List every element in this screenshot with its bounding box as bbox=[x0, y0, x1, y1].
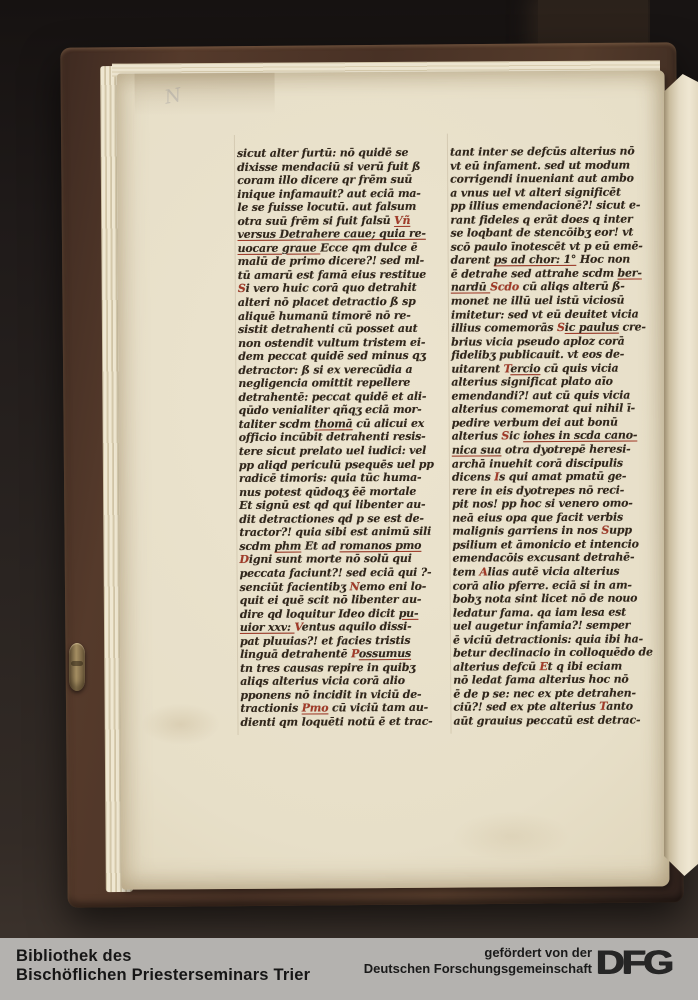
manuscript-text-run: emendandi?! aut cū quis vicia bbox=[451, 388, 630, 402]
manuscript-text-run: alterius defcū bbox=[453, 660, 539, 674]
manuscript-line: linguā detrahentē Possumus bbox=[240, 647, 458, 662]
manuscript-text-run: lias autē vicia alterius bbox=[488, 565, 620, 579]
manuscript-line: malignis garriens in nos Supp bbox=[452, 524, 670, 539]
manuscript-line: taliter scdm thomā cū alicui ex bbox=[239, 417, 457, 432]
manuscript-line: se loqbant de stencōibʒ eor! vt bbox=[450, 226, 668, 241]
manuscript-text-run: sicut alter furtū: nō quidē se bbox=[237, 146, 408, 160]
manuscript-line: detrahentē: peccat quidē et ali- bbox=[238, 389, 456, 404]
manuscript-text-run: otra dyotrepē heresi- bbox=[501, 443, 630, 457]
manuscript-text-run: tū amarū est famā eius restitue bbox=[238, 268, 426, 282]
manuscript-line: nica sua otra dyotrepē heresi- bbox=[452, 442, 670, 457]
manuscript-line: bobʒ nota sint licet nō de nouo bbox=[453, 591, 671, 606]
manuscript-line: brius vicia pseudo aploz corā bbox=[451, 334, 669, 349]
manuscript-line: tem Alias autē vicia alterius bbox=[453, 564, 671, 579]
manuscript-text-run: uel augetur infamia?! semper bbox=[453, 619, 630, 633]
manuscript-text-run: ic paulus bbox=[565, 321, 619, 334]
manuscript-line: darent ps ad chor: 1° Hoc non bbox=[451, 253, 669, 268]
manuscript-line: monet ne illū uel istū viciosū bbox=[451, 293, 669, 308]
manuscript-line: a vnus uel vt alteri significēt bbox=[450, 185, 668, 200]
manuscript-text-run: dire qd loquitur Ideo dicit bbox=[240, 607, 399, 621]
manuscript-line: pedire verbum dei aut bonū bbox=[452, 415, 670, 430]
manuscript-text-run: nica sua bbox=[452, 443, 502, 456]
manuscript-line: ē viciū detractionis: quia ibi ha- bbox=[453, 632, 671, 647]
manuscript-line: coram illo dicere qr frēm suū bbox=[237, 173, 455, 188]
manuscript-text-run: N bbox=[350, 580, 360, 593]
manuscript-line: dit detractiones qd p se est de- bbox=[239, 511, 457, 526]
manuscript-text-run: pedire verbum dei aut bonū bbox=[452, 416, 618, 430]
manuscript-text-run: ē viciū detractionis: quia ibi ha- bbox=[453, 632, 643, 646]
manuscript-line: scdm phm Et ad romanos pmo bbox=[239, 538, 457, 553]
manuscript-line: illius comemorās Sic paulus cre- bbox=[451, 320, 669, 335]
manuscript-text-run: corā alio pferre. eciā si in am- bbox=[453, 578, 632, 592]
manuscript-text-run: cū viciū tam au- bbox=[328, 701, 428, 715]
manuscript-line: ē detrahe sed attrahe scdm ber- bbox=[451, 266, 669, 281]
manuscript-line: officio incūbit detrahenti resis- bbox=[239, 430, 457, 445]
manuscript-text-run: ē de p se: nec ex pte detrahen- bbox=[453, 686, 636, 700]
manuscript-text-run: uitarent bbox=[451, 362, 503, 375]
manuscript-line: tant inter se defcūs alterius nō bbox=[450, 144, 668, 159]
manuscript-text-run: Hoc non bbox=[576, 253, 630, 266]
manuscript-text-run: Vñ bbox=[394, 214, 410, 227]
manuscript-text-run: pponens nō incidit in viciū de- bbox=[240, 688, 421, 702]
manuscript-line: archā inuehit corā discipulis bbox=[452, 456, 670, 471]
manuscript-text-run: tractionis bbox=[240, 702, 301, 715]
manuscript-text-run: S bbox=[238, 282, 246, 295]
library-credit: Bibliothek des Bischöflichen Priestersem… bbox=[16, 947, 310, 984]
parchment-stain bbox=[451, 811, 571, 862]
manuscript-text-run: romanos pmo bbox=[340, 539, 422, 552]
manuscript-line: Et signū est qd qui libenter au- bbox=[239, 498, 457, 513]
manuscript-line: peccata faciunt?! sed eciā qui ?- bbox=[240, 566, 458, 581]
manuscript-line: uocare graue Ecce qm dulce ē bbox=[238, 240, 456, 255]
manuscript-text-run: cū aliqs alterū ß- bbox=[519, 280, 625, 294]
manuscript-line: le se fuisse locutū. aut falsum bbox=[237, 200, 455, 215]
manuscript-text-run: anto bbox=[606, 700, 633, 713]
funding-credit: gefördert von der Deutschen Forschungsge… bbox=[364, 945, 592, 976]
manuscript-text-run: le se fuisse locutū. aut falsum bbox=[237, 200, 416, 214]
manuscript-text-run: pp aliqd periculū psequēs uel pp bbox=[239, 457, 434, 471]
manuscript-text-run: pat pluuias?! et facies tristis bbox=[240, 634, 410, 648]
manuscript-text-run: dicens bbox=[452, 471, 494, 484]
manuscript-text-run: emendacōis excusant detrahē- bbox=[452, 551, 634, 565]
manuscript-photo: N sicut alter furtū: nō quidē sedixisse … bbox=[0, 0, 698, 1000]
manuscript-line: aliquē humanū timorē nō re- bbox=[238, 308, 456, 323]
manuscript-text-run: dienti qm loquēti notū ē et trac- bbox=[240, 715, 432, 729]
manuscript-line: psilium et āmonicio et intencio bbox=[452, 537, 670, 552]
manuscript-text-run: Et signū est qd qui libenter au- bbox=[239, 498, 425, 512]
manuscript-text-run: A bbox=[479, 565, 487, 578]
manuscript-line: tractionis Pmo cū viciū tam au- bbox=[240, 701, 458, 716]
manuscript-line: qūdo venialiter qñqʒ eciā mor- bbox=[239, 403, 457, 418]
manuscript-line: dire qd loquitur Ideo dicit pu- bbox=[240, 606, 458, 621]
manuscript-line: dienti qm loquēti notū ē et trac- bbox=[240, 715, 458, 730]
manuscript-text-run: corrigendi inueniant aut ambo bbox=[450, 172, 634, 186]
manuscript-text-run: detrahentē: peccat quidē et ali- bbox=[238, 390, 426, 404]
manuscript-line: tn tres causas repire in quibʒ bbox=[240, 660, 458, 675]
manuscript-text-run: thomā bbox=[314, 417, 352, 430]
manuscript-text-run: scō paulo īnotescēt vt p eū emē- bbox=[451, 239, 643, 253]
manuscript-text-run: inique infamauit? aut eciā ma- bbox=[237, 186, 420, 200]
dfg-logo: DFG bbox=[596, 946, 671, 979]
manuscript-text-run: officio incūbit detrahenti resis- bbox=[239, 430, 426, 444]
manuscript-line: sicut alter furtū: nō quidē se bbox=[237, 146, 455, 161]
manuscript-line: aliqs alterius vicia corā alio bbox=[240, 674, 458, 689]
manuscript-text-run: senciūt facientibʒ bbox=[240, 580, 350, 594]
manuscript-line: dicens Is qui amat pmatū ge- bbox=[452, 469, 670, 484]
manuscript-line: radicē timoris: quia tūc huma- bbox=[239, 471, 457, 486]
manuscript-text-run: imitetur: sed vt eū deuitet vicia bbox=[451, 307, 639, 321]
manuscript-text-run: rere in eis dyotrepes nō reci- bbox=[452, 483, 624, 497]
manuscript-text-run: Scdo bbox=[490, 281, 519, 294]
manuscript-text-run: bobʒ nota sint licet nō de nouo bbox=[453, 592, 638, 606]
manuscript-line: malū de primo dicere?! sed ml- bbox=[238, 254, 456, 269]
manuscript-text-run: Et ad bbox=[301, 539, 339, 552]
manuscript-text-run: tractor?! quia sibi est animū sili bbox=[239, 525, 431, 539]
manuscript-text-run: radicē timoris: quia tūc huma- bbox=[239, 471, 421, 485]
manuscript-line: Si vero huic corā quo detrahit bbox=[238, 281, 456, 296]
manuscript-text-run: illius comemorās bbox=[451, 321, 557, 335]
manuscript-text-run: se loqbant de stencōibʒ eor! vt bbox=[450, 226, 633, 240]
manuscript-text-run: aūt grauius peccatū est detrac- bbox=[453, 713, 640, 727]
manuscript-line: pp illius emendacionē?! sicut e- bbox=[450, 199, 668, 214]
manuscript-text-run: ossumus bbox=[359, 647, 411, 660]
manuscript-line: betur declinacio in colloquēdo de bbox=[453, 646, 671, 661]
manuscript-text-run: nus potest qūdoqʒ ēē mortale bbox=[239, 485, 416, 499]
manuscript-line: pp aliqd periculū psequēs uel pp bbox=[239, 457, 457, 472]
funding-credit-line2: Deutschen Forschungsgemeinschaft bbox=[364, 961, 592, 977]
manuscript-line: pat pluuias?! et facies tristis bbox=[240, 633, 458, 648]
parchment-stain bbox=[140, 703, 220, 745]
manuscript-line: alterius defcū Et q ibi eciam bbox=[453, 659, 671, 674]
manuscript-line: uitarent Tercio cū quis vicia bbox=[451, 361, 669, 376]
book-clasp bbox=[69, 643, 85, 691]
manuscript-text-run: ē detrahe sed attrahe scdm bbox=[451, 267, 618, 281]
manuscript-text-run: tere sicut prelato uel iudici: vel bbox=[239, 444, 426, 458]
manuscript-line: vt eū infament. sed ut modum bbox=[450, 158, 668, 173]
manuscript-line: emendacōis excusant detrahē- bbox=[452, 551, 670, 566]
manuscript-line: alteri nō placet detractio ß sp bbox=[238, 295, 456, 310]
manuscript-line: detractor: ß si ex verecūdia a bbox=[238, 362, 456, 377]
manuscript-text-run: emo eni lo- bbox=[359, 579, 426, 592]
manuscript-line: non ostendit vultum tristem ei- bbox=[238, 335, 456, 350]
manuscript-text-run: t q ibi eciam bbox=[548, 659, 622, 672]
parchment-stain bbox=[135, 73, 275, 116]
manuscript-text-run: igni sunt morte nō solū qui bbox=[249, 552, 412, 566]
manuscript-text-run: P bbox=[351, 647, 359, 660]
manuscript-text-run: scdm bbox=[239, 540, 274, 553]
folio-mark: N bbox=[163, 84, 183, 109]
manuscript-line: alterius significat plato aīo bbox=[451, 375, 669, 390]
manuscript-line: versus Detrahere caue; quia re- bbox=[237, 227, 455, 242]
manuscript-text-run: tem bbox=[453, 565, 480, 578]
manuscript-text-run: phm bbox=[274, 539, 301, 552]
manuscript-text-run: alterius bbox=[452, 430, 502, 443]
manuscript-text-run: archā inuehit corā discipulis bbox=[452, 456, 623, 470]
manuscript-line: uior xxv: Ventus aquilo dissi- bbox=[240, 620, 458, 635]
manuscript-text-run: dem peccat quidē sed minus qʒ bbox=[238, 349, 425, 363]
manuscript-line: otra suū frēm si fuit falsū Vñ bbox=[237, 213, 455, 228]
manuscript-line: ē de p se: nec ex pte detrahen- bbox=[453, 686, 671, 701]
manuscript-line: inique infamauit? aut eciā ma- bbox=[237, 186, 455, 201]
manuscript-line: quit ei quē scit nō libenter au- bbox=[240, 593, 458, 608]
manuscript-text-run: cre- bbox=[619, 321, 646, 334]
manuscript-text-run: otra suū frēm si fuit falsū bbox=[237, 214, 394, 228]
manuscript-line: sistit detrahenti cū posset aut bbox=[238, 322, 456, 337]
manuscript-line: alterius comemorat qui nihil ī- bbox=[452, 402, 670, 417]
right-text-column: tant inter se defcūs alterius nōvt eū in… bbox=[450, 144, 672, 728]
manuscript-text-run: S bbox=[557, 321, 565, 334]
manuscript-text-run: tant inter se defcūs alterius nō bbox=[450, 145, 635, 159]
manuscript-text-run: alterius comemorat qui nihil ī- bbox=[452, 402, 636, 416]
manuscript-text-run: Ecce qm dulce ē bbox=[320, 241, 417, 255]
manuscript-text-run: uocare graue bbox=[238, 241, 321, 255]
manuscript-text-run: peccata faciunt?! sed eciā qui ?- bbox=[240, 566, 432, 580]
manuscript-text-run: iohes in scda cano- bbox=[523, 429, 637, 443]
manuscript-text-run: dixisse mendaciū si verū fuit ß bbox=[237, 159, 420, 173]
manuscript-text-run: ledatur fama. qa iam lesa est bbox=[453, 605, 626, 619]
manuscript-text-run: i vero huic corā quo detrahit bbox=[246, 281, 417, 295]
manuscript-text-run: darent bbox=[451, 254, 494, 267]
manuscript-text-run: fidelibʒ publicauit. vt eos de- bbox=[451, 348, 624, 362]
manuscript-text-run: ciū?! sed ex pte alterius bbox=[453, 700, 599, 714]
manuscript-line: corā alio pferre. eciā si in am- bbox=[453, 578, 671, 593]
manuscript-text-run: aliquē humanū timorē nō re- bbox=[238, 308, 411, 322]
manuscript-line: fidelibʒ publicauit. vt eos de- bbox=[451, 348, 669, 363]
manuscript-text-run: sistit detrahenti cū posset aut bbox=[238, 322, 417, 336]
manuscript-text-run: nō ledat fama alterius hoc nō bbox=[453, 673, 628, 687]
manuscript-text-run: alteri nō placet detractio ß sp bbox=[238, 295, 416, 309]
manuscript-line: scō paulo īnotescēt vt p eū emē- bbox=[451, 239, 669, 254]
manuscript-text-run: alterius significat plato aīo bbox=[451, 375, 612, 389]
manuscript-text-run: dit detractiones qd p se est de- bbox=[239, 512, 424, 526]
manuscript-text-run: negligencia omittit repellere bbox=[238, 376, 410, 390]
manuscript-text-run: rant fideles q erāt does q inter bbox=[450, 212, 632, 226]
manuscript-text-run: neā eius opa que facit verbis bbox=[452, 510, 623, 524]
manuscript-text-run: upp bbox=[609, 524, 632, 537]
manuscript-text-run: ic bbox=[509, 430, 523, 443]
manuscript-text-run: malū de primo dicere?! sed ml- bbox=[238, 254, 424, 268]
manuscript-text-run: entus aquilo dissi- bbox=[302, 620, 412, 634]
manuscript-line: senciūt facientibʒ Nemo eni lo- bbox=[240, 579, 458, 594]
manuscript-text-run: pp illius emendacionē?! sicut e- bbox=[450, 199, 640, 213]
manuscript-text-run: malignis garriens in nos bbox=[452, 524, 601, 538]
manuscript-text-run: ps ad chor: 1° bbox=[494, 253, 577, 267]
manuscript-text-run: E bbox=[539, 660, 547, 673]
manuscript-text-run: psilium et āmonicio et intencio bbox=[452, 537, 638, 551]
manuscript-text-run: detractor: ß si ex verecūdia a bbox=[238, 363, 412, 377]
manuscript-text-run: S bbox=[601, 524, 609, 537]
library-credit-line1: Bibliothek des bbox=[16, 947, 310, 966]
manuscript-line: neā eius opa que facit verbis bbox=[452, 510, 670, 525]
manuscript-line: pponens nō incidit in viciū de- bbox=[240, 687, 458, 702]
footer-band: Bibliothek des Bischöflichen Priestersem… bbox=[0, 938, 698, 1000]
manuscript-line: rere in eis dyotrepes nō reci- bbox=[452, 483, 670, 498]
manuscript-line: ledatur fama. qa iam lesa est bbox=[453, 605, 671, 620]
manuscript-text-run: vt eū infament. sed ut modum bbox=[450, 158, 630, 172]
manuscript-line: rant fideles q erāt does q inter bbox=[450, 212, 668, 227]
manuscript-line: pit nos! pp hoc si venero omo- bbox=[452, 497, 670, 512]
manuscript-text-run: pit nos! pp hoc si venero omo- bbox=[452, 497, 633, 511]
manuscript-text-run: monet ne illū uel istū viciosū bbox=[451, 294, 624, 308]
manuscript-line: emendandi?! aut cū quis vicia bbox=[451, 388, 669, 403]
manuscript-text-run: ber- bbox=[617, 266, 641, 279]
manuscript-text-run: pu- bbox=[399, 606, 419, 619]
manuscript-text-run: non ostendit vultum tristem ei- bbox=[238, 335, 425, 349]
manuscript-line: ciū?! sed ex pte alterius Tanto bbox=[453, 700, 671, 715]
manuscript-line: uel augetur infamia?! semper bbox=[453, 618, 671, 633]
manuscript-text-run: tn tres causas repire in quibʒ bbox=[240, 661, 415, 675]
library-credit-line2: Bischöflichen Priesterseminars Trier bbox=[16, 966, 310, 985]
manuscript-line: alterius Sic iohes in scda cano- bbox=[452, 429, 670, 444]
manuscript-text-run: aliqs alterius vicia corā alio bbox=[240, 674, 405, 688]
manuscript-text-run: quit ei quē scit nō libenter au- bbox=[240, 593, 422, 607]
manuscript-page: N sicut alter furtū: nō quidē sedixisse … bbox=[117, 70, 670, 889]
manuscript-text-run: cū alicui ex bbox=[353, 417, 425, 430]
manuscript-text-run: uior xxv: bbox=[240, 621, 295, 634]
manuscript-line: tractor?! quia sibi est animū sili bbox=[239, 525, 457, 540]
facing-page-edge bbox=[664, 74, 698, 876]
manuscript-text-run: V bbox=[294, 621, 301, 634]
manuscript-line: imitetur: sed vt eū deuitet vicia bbox=[451, 307, 669, 322]
manuscript-text-run: linguā detrahentē bbox=[240, 647, 351, 661]
manuscript-line: Digni sunt morte nō solū qui bbox=[239, 552, 457, 567]
manuscript-text-run: coram illo dicere qr frēm suū bbox=[237, 173, 412, 187]
manuscript-text-run: brius vicia pseudo aploz corā bbox=[451, 334, 624, 348]
manuscript-text-run: ercio bbox=[510, 362, 540, 375]
manuscript-line: nō ledat fama alterius hoc nō bbox=[453, 673, 671, 688]
manuscript-line: nus potest qūdoqʒ ēē mortale bbox=[239, 484, 457, 499]
left-text-column: sicut alter furtū: nō quidē sedixisse me… bbox=[237, 146, 459, 730]
manuscript-line: tere sicut prelato uel iudici: vel bbox=[239, 444, 457, 459]
manuscript-text-run: qūdo venialiter qñqʒ eciā mor- bbox=[239, 403, 422, 417]
manuscript-line: negligencia omittit repellere bbox=[238, 376, 456, 391]
manuscript-line: corrigendi inueniant aut ambo bbox=[450, 171, 668, 186]
manuscript-line: tū amarū est famā eius restitue bbox=[238, 268, 456, 283]
manuscript-text-run: taliter scdm bbox=[239, 417, 315, 430]
manuscript-text-run: cū quis vicia bbox=[540, 361, 618, 374]
manuscript-line: aūt grauius peccatū est detrac- bbox=[453, 713, 671, 728]
funding-credit-line1: gefördert von der bbox=[364, 945, 592, 961]
manuscript-text-run: versus Detrahere caue; quia re- bbox=[237, 227, 425, 241]
manuscript-text-run: a vnus uel vt alteri significēt bbox=[450, 185, 621, 199]
manuscript-text-run: betur declinacio in colloquēdo de bbox=[453, 646, 653, 660]
manuscript-line: dixisse mendaciū si verū fuit ß bbox=[237, 159, 455, 174]
manuscript-line: dem peccat quidē sed minus qʒ bbox=[238, 349, 456, 364]
manuscript-text-run: D bbox=[239, 553, 248, 566]
manuscript-line: nardū Scdo cū aliqs alterū ß- bbox=[451, 280, 669, 295]
manuscript-text-run: nardū bbox=[451, 281, 490, 294]
manuscript-text-run: Pmo bbox=[302, 702, 329, 715]
manuscript-text-run: s qui amat pmatū ge- bbox=[499, 470, 626, 484]
